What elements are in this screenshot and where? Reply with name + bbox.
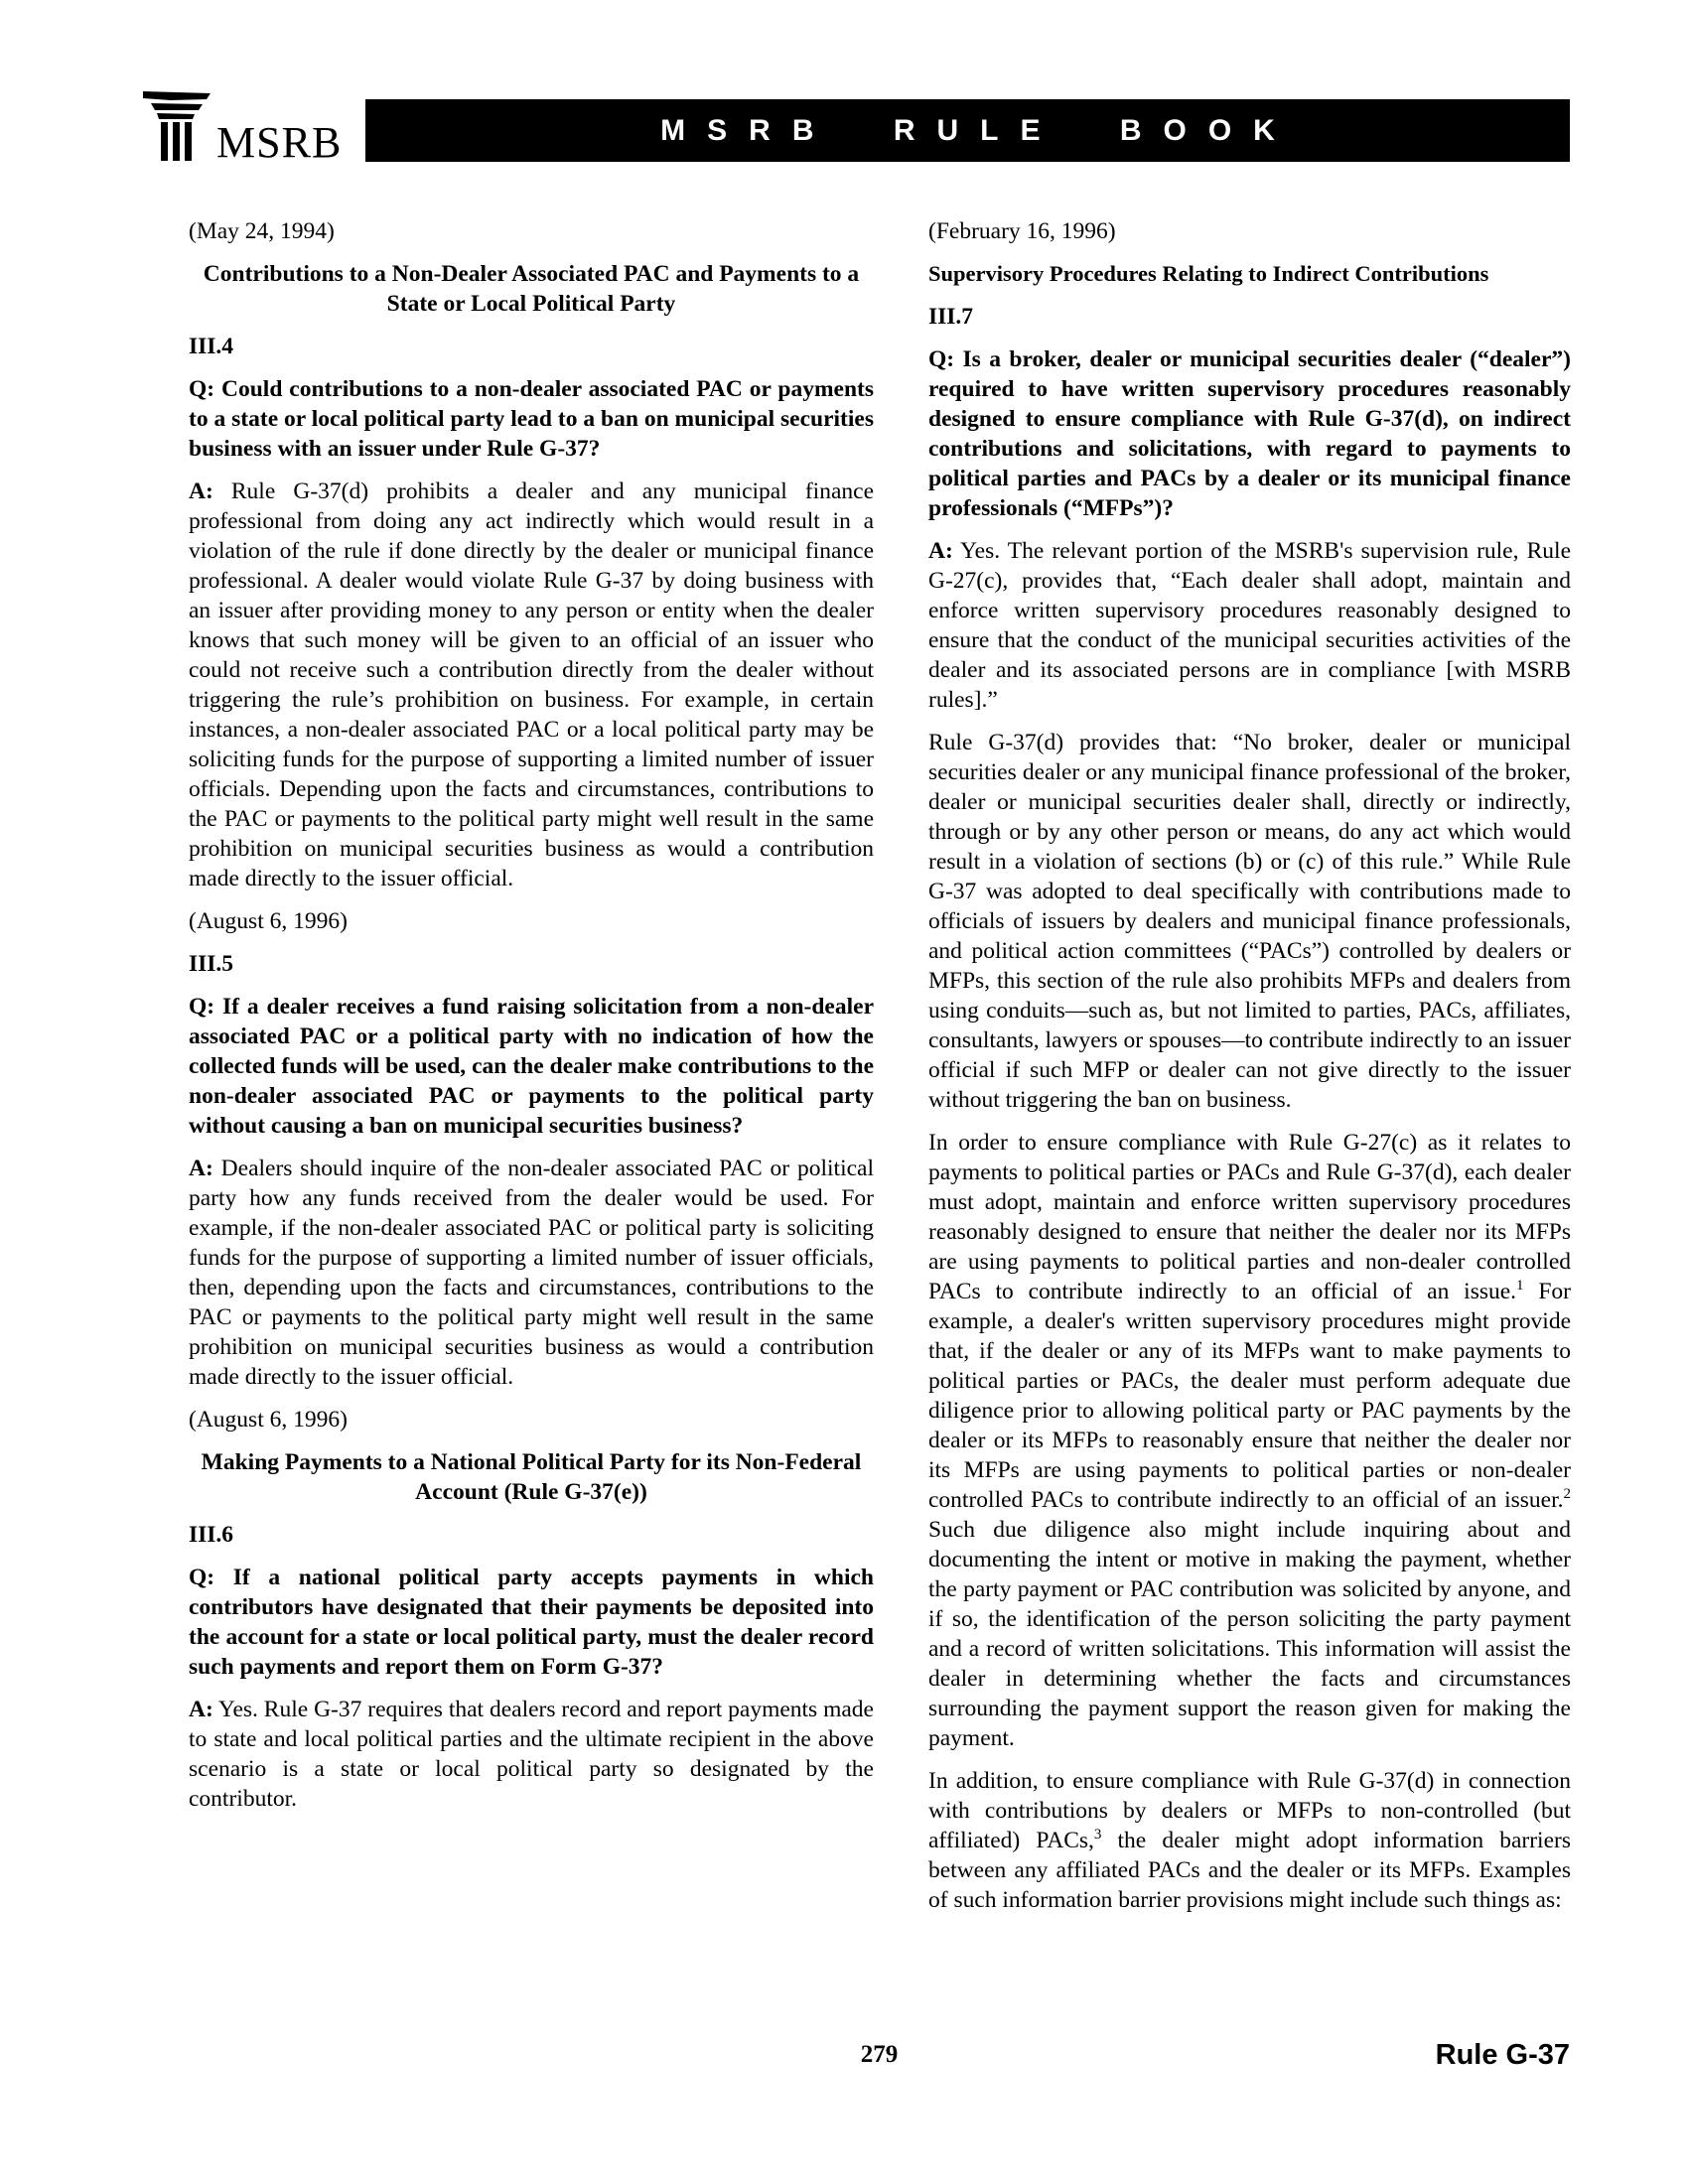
section-heading: Supervisory Procedures Relating to Indir… — [928, 259, 1571, 289]
title-banner: MSRB RULE BOOK — [365, 99, 1570, 162]
section-heading: Making Payments to a National Political … — [189, 1447, 874, 1507]
left-column: (May 24, 1994) Contributions to a Non-De… — [189, 216, 874, 1827]
question-paragraph: Q: Could contributions to a non-dealer a… — [189, 374, 874, 464]
answer-label: A: — [189, 1697, 213, 1722]
date-line: (August 6, 1996) — [189, 1405, 874, 1434]
msrb-logo: MSRB — [141, 87, 342, 161]
answer-text: Rule G-37(d) prohibits a dealer and any … — [189, 478, 874, 891]
paragraph-text: For example, a dealer's written supervis… — [928, 1279, 1571, 1513]
question-paragraph: Q: If a dealer receives a fund raising s… — [189, 992, 874, 1141]
date-line: (February 16, 1996) — [928, 216, 1571, 246]
answer-label: A: — [928, 538, 953, 564]
page-number: 279 — [861, 2041, 899, 2069]
date-line: (August 6, 1996) — [189, 906, 874, 936]
footnote-ref-1: 1 — [1516, 1278, 1524, 1294]
right-column: (February 16, 1996) Supervisory Procedur… — [928, 216, 1571, 1928]
paragraph-text: In order to ensure compliance with Rule … — [928, 1130, 1571, 1304]
paragraph-text: Such due diligence also might include in… — [928, 1517, 1571, 1751]
answer-label: A: — [189, 1156, 213, 1181]
logo-text: MSRB — [216, 125, 342, 161]
page-footer: 279 Rule G-37 — [189, 2041, 1570, 2081]
question-number: III.4 — [189, 332, 874, 361]
question-number: III.7 — [928, 302, 1571, 332]
answer-paragraph: A: Yes. The relevant portion of the MSRB… — [928, 536, 1571, 715]
answer-paragraph: A: Rule G-37(d) prohibits a dealer and a… — [189, 477, 874, 893]
section-heading: Contributions to a Non-Dealer Associated… — [189, 259, 874, 319]
answer-text: Yes. The relevant portion of the MSRB's … — [928, 538, 1571, 713]
answer-text: Yes. Rule G-37 requires that dealers rec… — [189, 1697, 874, 1812]
date-line: (May 24, 1994) — [189, 216, 874, 246]
answer-paragraph: A: Yes. Rule G-37 requires that dealers … — [189, 1695, 874, 1814]
answer-text: Dealers should inquire of the non-dealer… — [189, 1156, 874, 1390]
answer-label: A: — [189, 478, 213, 504]
body-paragraph: In addition, to ensure compliance with R… — [928, 1766, 1571, 1915]
question-paragraph: Q: Is a broker, dealer or municipal secu… — [928, 344, 1571, 523]
answer-paragraph: A: Dealers should inquire of the non-dea… — [189, 1154, 874, 1392]
column-icon — [141, 91, 212, 161]
question-number: III.6 — [189, 1520, 874, 1550]
question-number: III.5 — [189, 949, 874, 979]
question-paragraph: Q: If a national political party accepts… — [189, 1563, 874, 1682]
body-paragraph: In order to ensure compliance with Rule … — [928, 1128, 1571, 1753]
rulebook-page: MSRB MSRB RULE BOOK (May 24, 1994) Contr… — [0, 0, 1688, 2184]
banner-title: MSRB RULE BOOK — [660, 114, 1297, 148]
body-paragraph: Rule G-37(d) provides that: “No broker, … — [928, 728, 1571, 1115]
rule-footer-label: Rule G-37 — [1436, 2039, 1570, 2072]
footnote-ref-2: 2 — [1564, 1486, 1572, 1502]
